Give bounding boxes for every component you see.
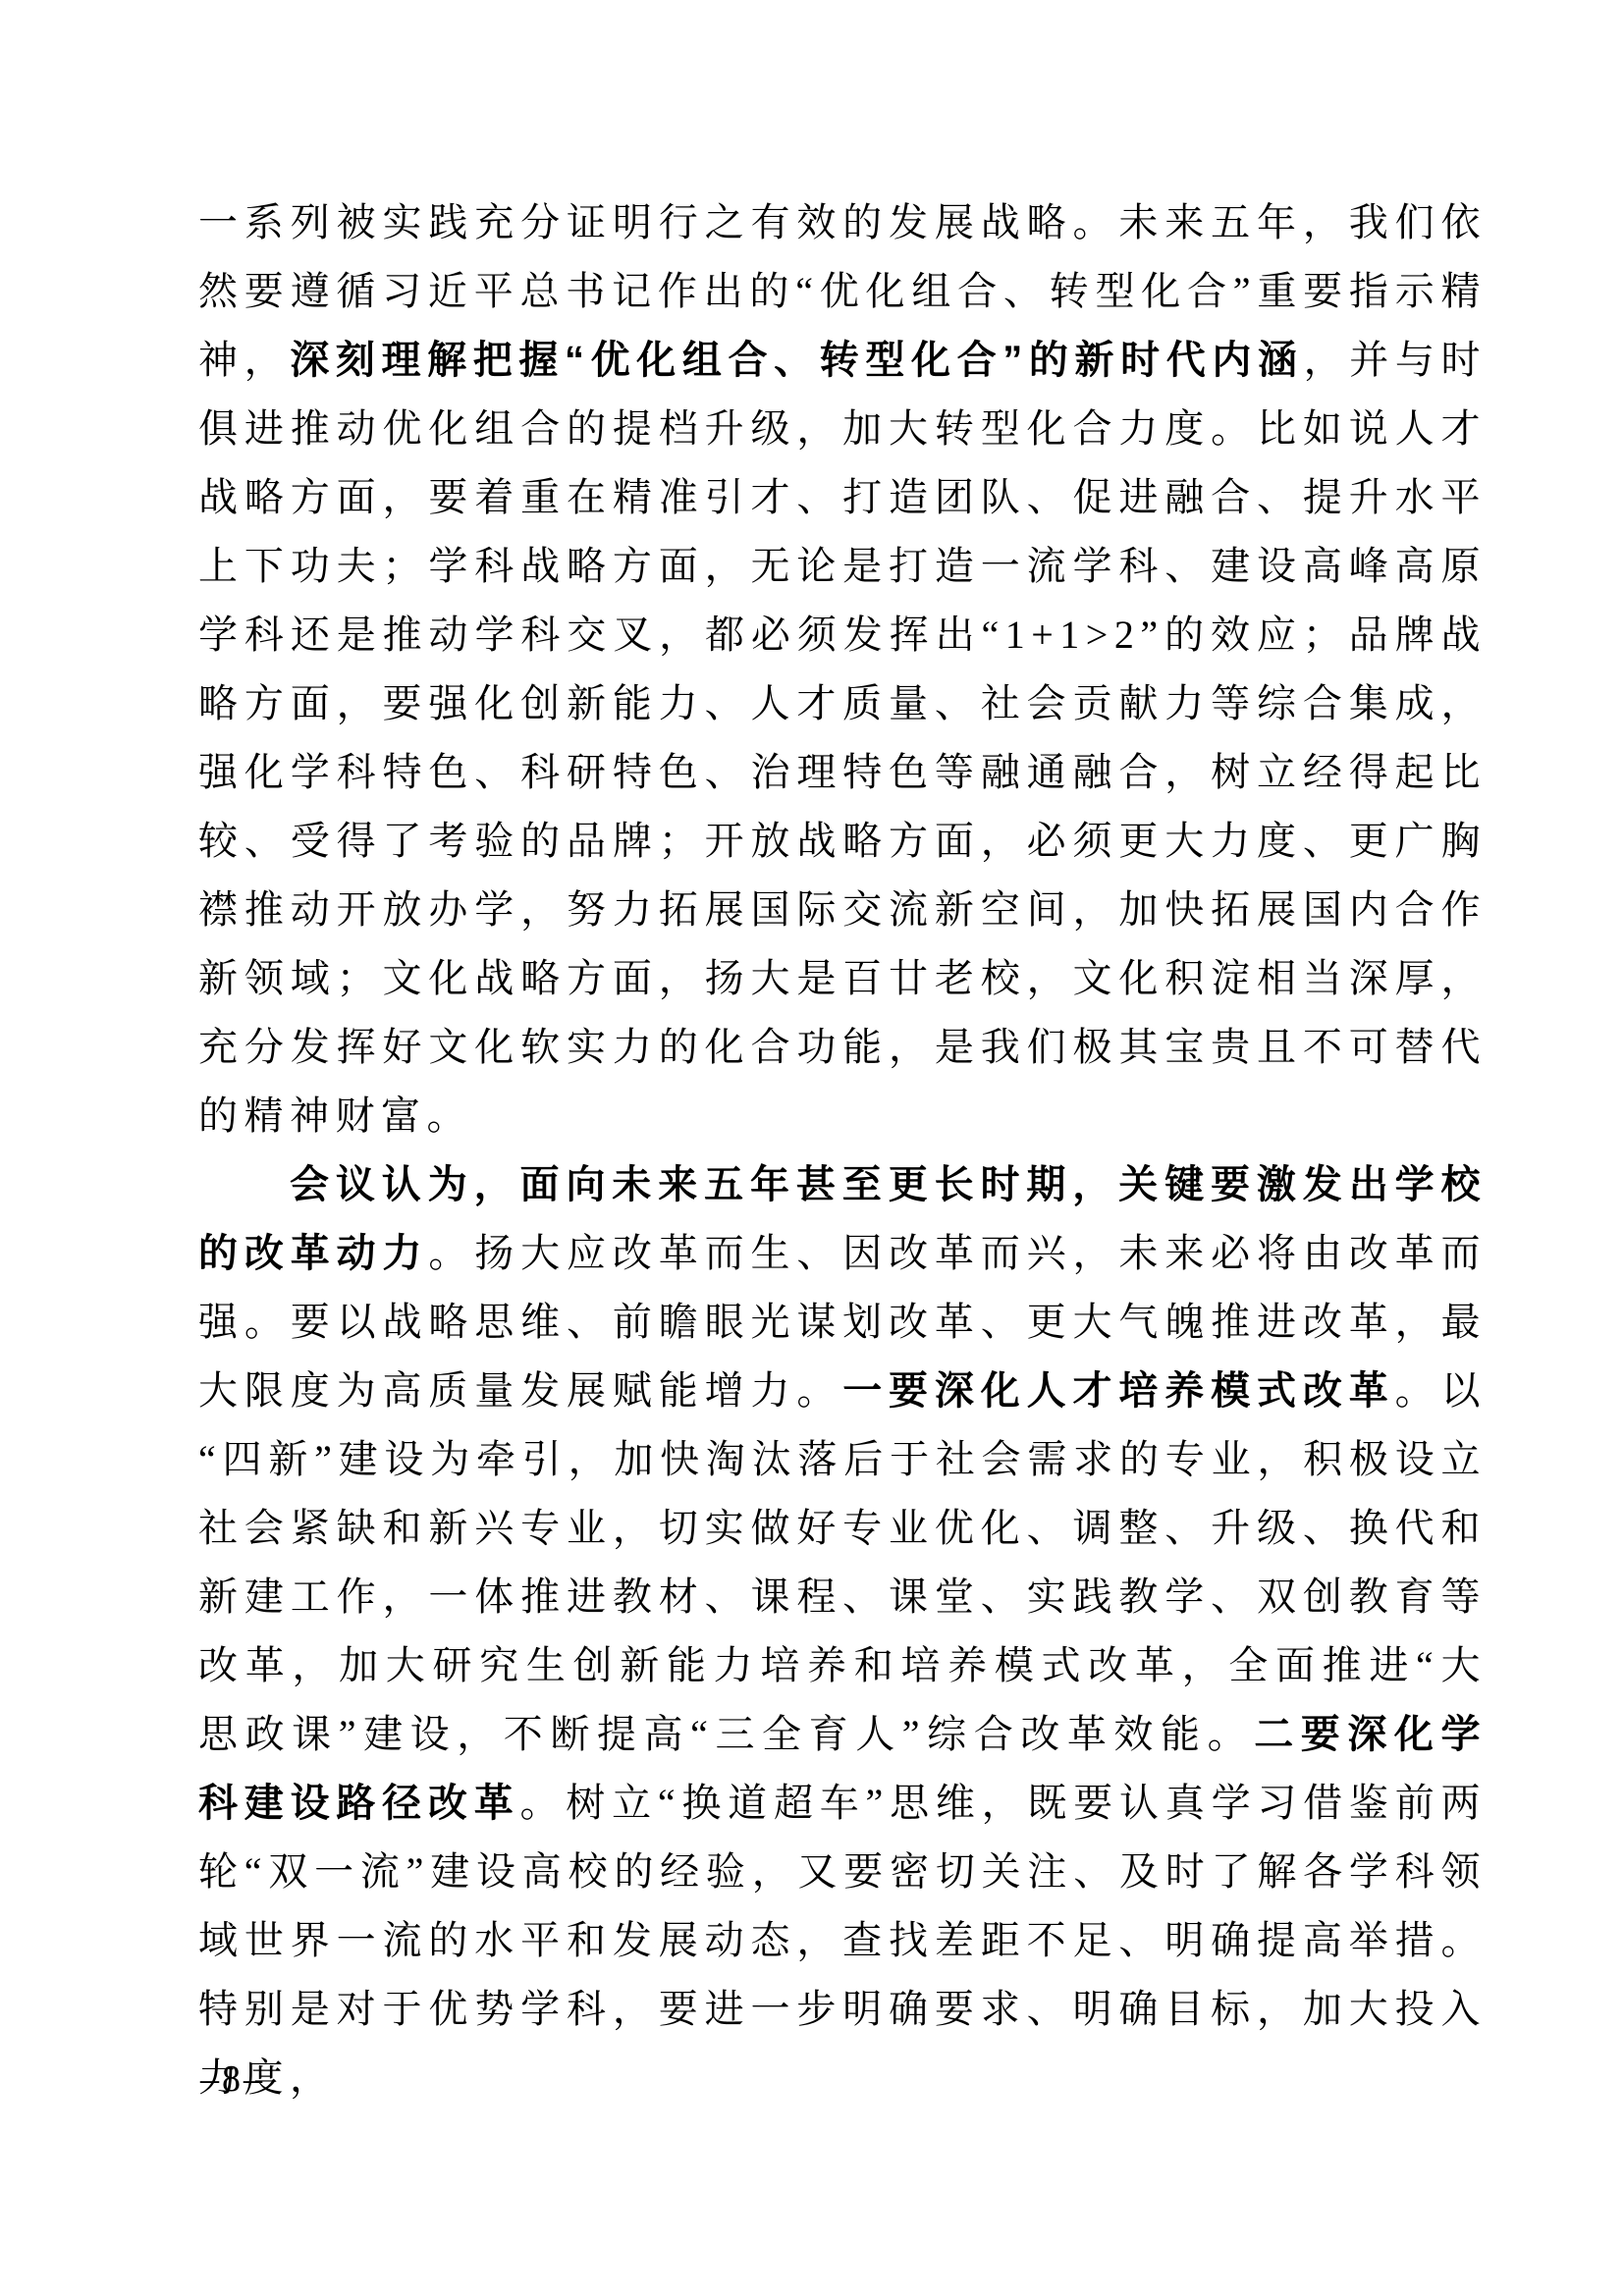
document-page: 一系列被实践充分证明行之有效的发展战略。未来五年，我们依然要遵循习近平总书记作出… xyxy=(0,0,1624,2296)
paragraph-2: 会议认为，面向未来五年甚至更长时期，关键要激发出学校的改革动力。扬大应改革而生、… xyxy=(198,1150,1487,2112)
text-segment: 深刻理解把握“优化组合、转型化合”的新时代内涵 xyxy=(290,339,1303,382)
page-number: –8– xyxy=(200,2057,265,2101)
text-segment: 。以“四新”建设为牵引，加快淘汰落后于社会需求的专业，积极设立社会紧缺和新兴专业… xyxy=(198,1368,1487,1756)
text-segment: 。树立“换道超车”思维，既要认真学习借鉴前两轮“双一流”建设高校的经验，又要密切… xyxy=(198,1781,1487,2100)
text-segment: 一要深化人才培养模式改革 xyxy=(842,1369,1394,1413)
paragraph-1: 一系列被实践充分证明行之有效的发展战略。未来五年，我们依然要遵循习近平总书记作出… xyxy=(198,188,1487,1150)
text-segment: ，并与时俱进推动优化组合的提档升级，加大转型化合力度。比如说人才战略方面，要着重… xyxy=(198,338,1487,1138)
document-body: 一系列被实践充分证明行之有效的发展战略。未来五年，我们依然要遵循习近平总书记作出… xyxy=(198,188,1487,2112)
